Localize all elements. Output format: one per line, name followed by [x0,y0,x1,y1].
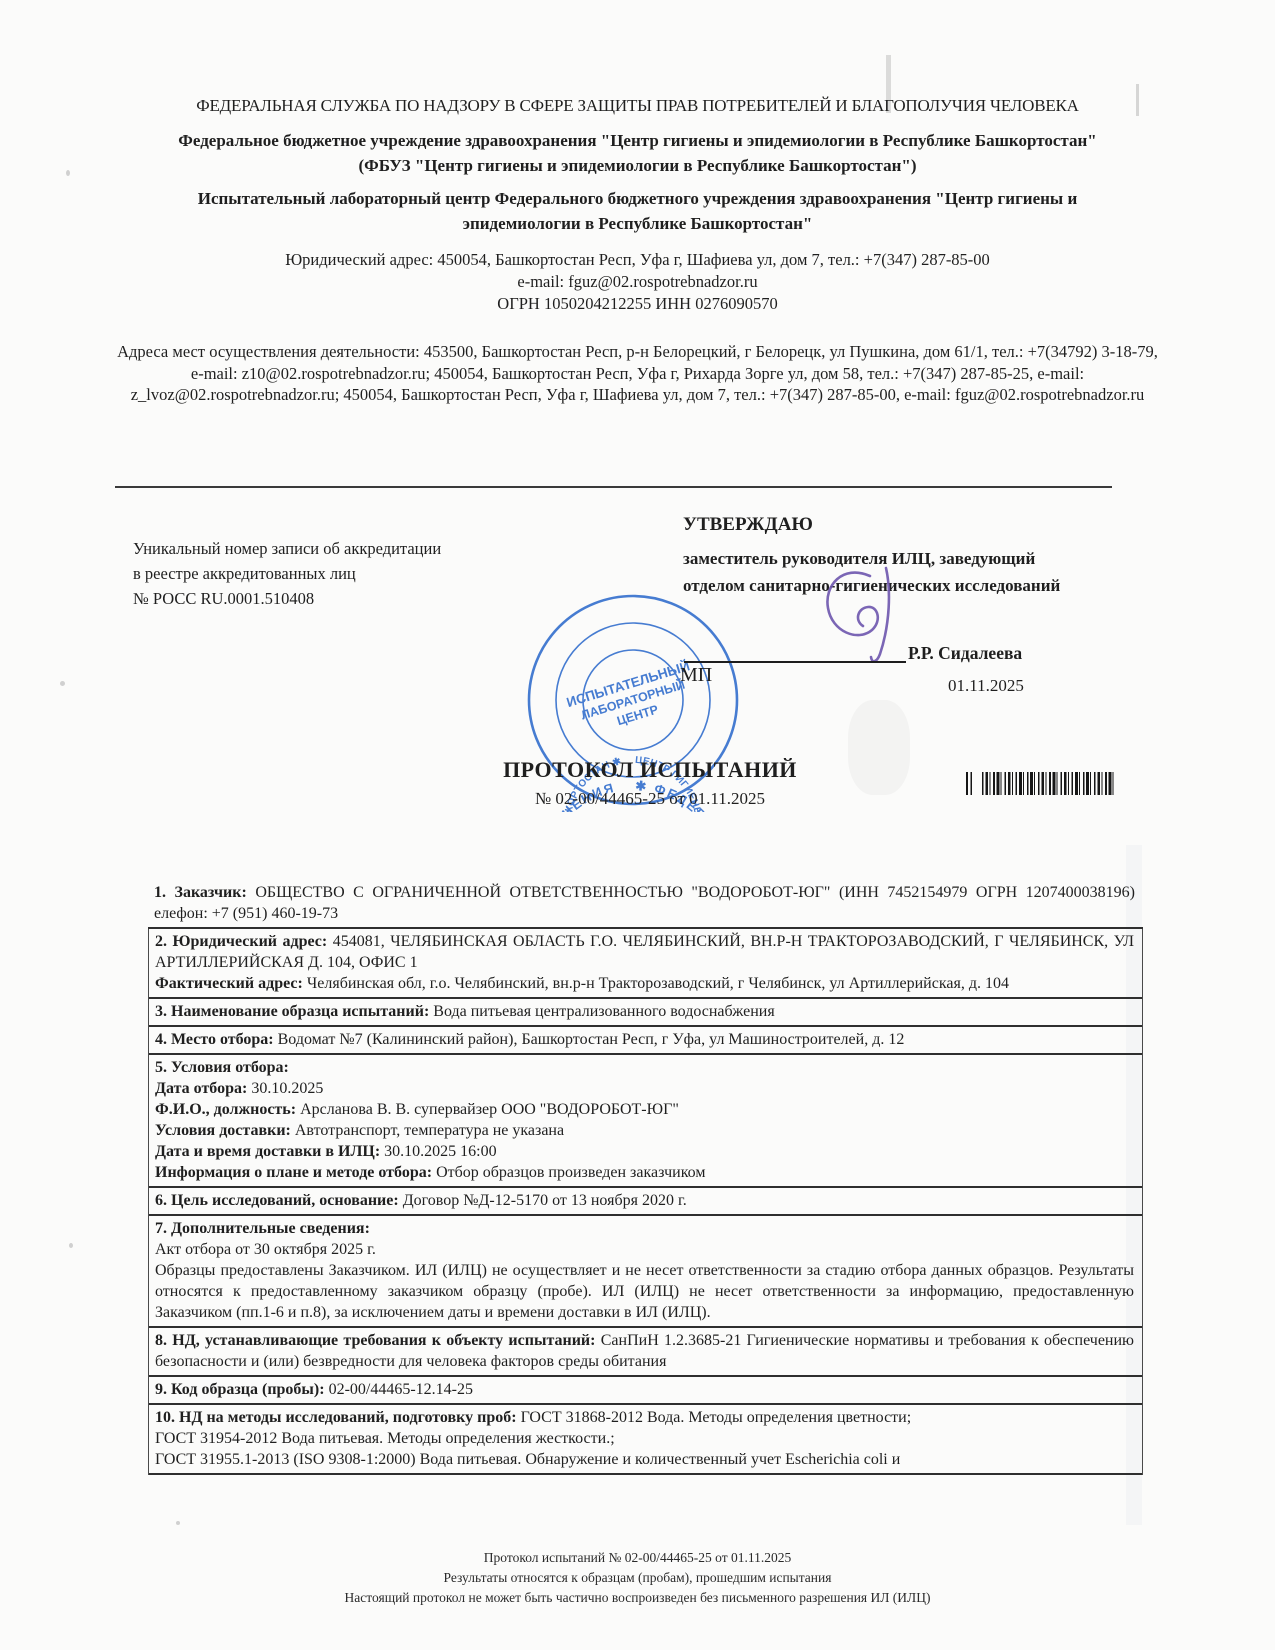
section-sample-name: 3. Наименование образца испытаний: Вода … [149,999,1142,1027]
section-sampling-place: 4. Место отбора: Водомат №7 (Калининский… [149,1027,1142,1055]
methods-nd-line2: ГОСТ 31954-2012 Вода питьевая. Методы оп… [155,1428,1134,1449]
signer-name: Р.Р. Сидалеева [908,643,1022,664]
section-sample-name-value: Вода питьевая централизованного водоснаб… [433,1003,774,1020]
document-title: ПРОТОКОЛ ИСПЫТАНИЙ [0,757,1275,783]
org-email: e-mail: fguz@02.rospotrebnadzor.ru [115,271,1160,293]
signature [818,560,914,672]
accreditation-line1: Уникальный номер записи об аккредитации [133,536,523,561]
methods-nd-line1: ГОСТ 31868-2012 Вода. Методы определения… [521,1409,912,1426]
sampling-date-label: Дата отбора: [155,1080,247,1097]
ogrn-inn: ОГРН 1050204212255 ИНН 0276090570 [115,293,1160,315]
footer-protocol-ref: Протокол испытаний № 02-00/44465-25 от 0… [0,1548,1275,1568]
page-footer: Протокол испытаний № 02-00/44465-25 от 0… [0,1548,1275,1608]
accreditation-block: Уникальный номер записи об аккредитации … [133,536,523,611]
section-requirements-nd: 8. НД, устанавливающие требования к объе… [149,1328,1142,1377]
section-additional-info: 7. Дополнительные сведения: Акт отбора о… [149,1216,1142,1328]
activity-addresses: Адреса мест осуществления деятельности: … [115,341,1160,406]
accreditation-number: № РОСС RU.0001.510408 [133,586,523,611]
requirements-nd-label: 8. НД, устанавливающие требования к объе… [155,1332,595,1349]
sampling-conditions-label: 5. Условия отбора: [155,1059,289,1076]
section-sampling-place-label: 4. Место отбора: [155,1031,274,1048]
delivery-conditions-label: Условия доставки: [155,1122,291,1139]
section-legal-address-label: 2. Юридический адрес: [155,933,327,950]
sampling-plan-label: Информация о плане и методе отбора: [155,1164,432,1181]
approval-date: 01.11.2025 [948,676,1024,696]
sample-code-value: 02-00/44465-12.14-25 [329,1381,473,1398]
sampler-name-label: Ф.И.О., должность: [155,1101,296,1118]
protocol-sections: 1. Заказчик: ОБЩЕСТВО С ОГРАНИЧЕННОЙ ОТВ… [148,880,1143,1475]
additional-info-note: Образцы предоставлены Заказчиком. ИЛ (ИЛ… [155,1260,1134,1323]
document-number: № 02-00/44465-25 от 01.11.2025 [0,789,1275,809]
sample-code-label: 9. Код образца (пробы): [155,1381,325,1398]
section-purpose: 6. Цель исследований, основание: Договор… [149,1188,1142,1216]
section-methods-nd: 10. НД на методы исследований, подготовк… [149,1405,1142,1475]
section-purpose-label: 6. Цель исследований, основание: [155,1192,399,1209]
letterhead: ФЕДЕРАЛЬНАЯ СЛУЖБА ПО НАДЗОРУ В СФЕРЕ ЗА… [115,94,1160,406]
section-customer: 1. Заказчик: ОБЩЕСТВО С ОГРАНИЧЕННОЙ ОТВ… [148,880,1143,929]
methods-nd-line3: ГОСТ 31955.1-2013 (ISO 9308-1:2000) Вода… [155,1449,1134,1470]
section-sampling-conditions: 5. Условия отбора: Дата отбора: 30.10.20… [149,1055,1142,1188]
section-actual-address-value: Челябинская обл, г.о. Челябинский, вн.р-… [307,975,1009,992]
accreditation-line2: в реестре аккредитованных лиц [133,561,523,586]
scan-speck [60,681,65,686]
signature-line [684,661,906,663]
delivery-datetime-value: 30.10.2025 16:00 [384,1143,496,1160]
section-sampling-place-value: Водомат №7 (Калининский район), Башкорто… [278,1031,905,1048]
federal-service-line: ФЕДЕРАЛЬНАЯ СЛУЖБА ПО НАДЗОРУ В СФЕРЕ ЗА… [115,94,1160,118]
section-sample-code: 9. Код образца (пробы): 02-00/44465-12.1… [149,1377,1142,1405]
sampling-act-line: Акт отбора от 30 октября 2025 г. [155,1239,1134,1260]
sampling-plan-value: Отбор образцов произведен заказчиком [436,1164,705,1181]
organization-full-name: Федеральное бюджетное учреждение здравоо… [165,129,1110,152]
sampling-date-value: 30.10.2025 [251,1080,323,1097]
footer-results-note: Результаты относятся к образцам (пробам)… [0,1568,1275,1588]
stamp-place-mark: МП [680,664,712,687]
scan-speck [66,170,70,176]
delivery-datetime-label: Дата и время доставки в ИЛЦ: [155,1143,380,1160]
section-actual-address-label: Фактический адрес: [155,975,303,992]
additional-info-label: 7. Дополнительные сведения: [155,1220,370,1237]
section-customer-value: ОБЩЕСТВО С ОГРАНИЧЕННОЙ ОТВЕТСТВЕННОСТЬЮ… [154,884,1135,922]
scan-speck [176,1521,180,1525]
section-sample-name-label: 3. Наименование образца испытаний: [155,1003,429,1020]
methods-nd-label: 10. НД на методы исследований, подготовк… [155,1409,517,1426]
footer-reproduction-note: Настоящий протокол не может быть частичн… [0,1588,1275,1608]
testing-center-name: Испытательный лабораторный центр Федерал… [160,186,1115,236]
sections-table-body: 2. Юридический адрес: 454081, ЧЕЛЯБИНСКА… [148,929,1143,1475]
sampler-name-value: Арсланова В. В. супервайзер ООО "ВОДОРОБ… [300,1101,679,1118]
delivery-conditions-value: Автотранспорт, температура не указана [295,1122,564,1139]
section-customer-label: 1. Заказчик: [154,884,247,901]
approval-title: УТВЕРЖДАЮ [683,514,813,536]
header-divider [115,486,1112,488]
legal-address: Юридический адрес: 450054, Башкортостан … [115,249,1160,271]
organization-short-name: (ФБУЗ "Центр гигиены и эпидемиологии в Р… [115,154,1160,177]
section-legal-address: 2. Юридический адрес: 454081, ЧЕЛЯБИНСКА… [149,929,1142,999]
section-purpose-value: Договор №Д-12-5170 от 13 ноября 2020 г. [403,1192,687,1209]
scan-speck [69,1243,73,1248]
